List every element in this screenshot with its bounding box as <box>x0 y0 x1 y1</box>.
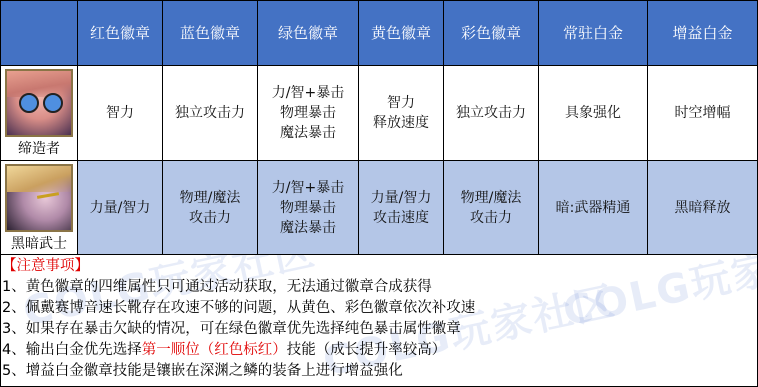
outer-border <box>0 0 758 387</box>
